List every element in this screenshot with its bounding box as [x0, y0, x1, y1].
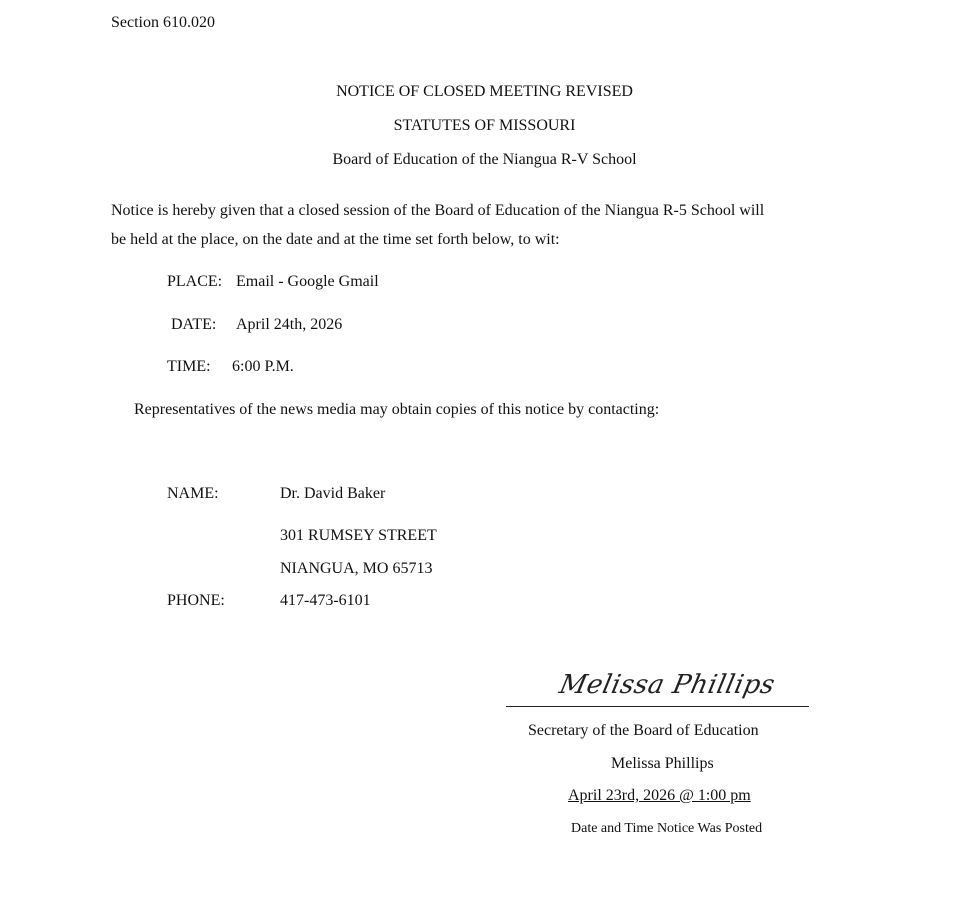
address-line-1: 301 RUMSEY STREET	[280, 528, 437, 544]
posted-caption: Date and Time Notice Was Posted	[571, 822, 762, 836]
intro-line-1: Notice is hereby given that a closed ses…	[111, 203, 764, 219]
title-line-2: STATUTES OF MISSOURI	[0, 118, 959, 134]
title-line-3: Board of Education of the Niangua R-V Sc…	[0, 152, 959, 168]
time-value: 6:00 P.M.	[232, 359, 294, 375]
date-label: DATE:	[171, 317, 216, 333]
title-line-1: NOTICE OF CLOSED MEETING REVISED	[0, 84, 959, 100]
name-label: NAME:	[167, 486, 219, 502]
address-line-2: NIANGUA, MO 65713	[280, 561, 432, 577]
signature-role: Secretary of the Board of Education	[528, 723, 759, 739]
intro-line-2: be held at the place, on the date and at…	[111, 232, 560, 248]
section-number: Section 610.020	[111, 15, 215, 31]
signature-image: Melissa Phillips	[557, 672, 777, 698]
place-label: PLACE:	[167, 274, 222, 290]
signature-line	[506, 706, 809, 707]
place-value: Email - Google Gmail	[236, 274, 379, 290]
signature-name: Melissa Phillips	[611, 756, 714, 772]
name-value: Dr. David Baker	[280, 486, 385, 502]
posted-datetime: April 23rd, 2026 @ 1:00 pm	[568, 788, 751, 804]
media-line: Representatives of the news media may ob…	[134, 402, 659, 418]
date-value: April 24th, 2026	[236, 317, 342, 333]
phone-label: PHONE:	[167, 593, 225, 609]
time-label: TIME:	[167, 359, 211, 375]
phone-value: 417-473-6101	[280, 593, 371, 609]
